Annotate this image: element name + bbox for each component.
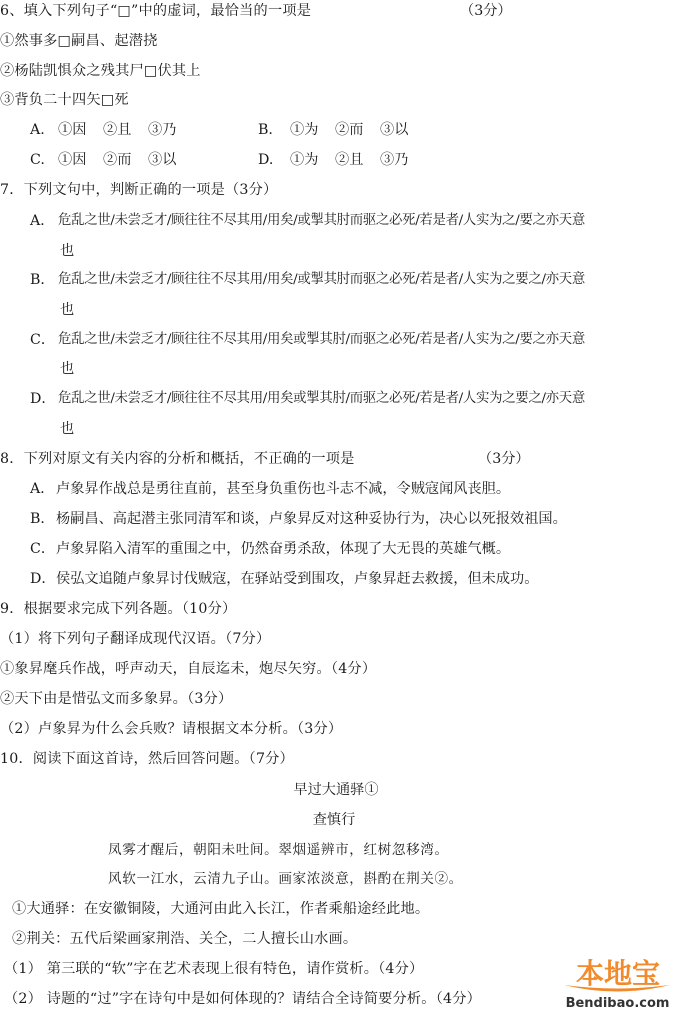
q7-option-a: A． 危乱之世/未尝乏才/顾往往不尽其用/用矣/或掣其肘而驱之必死/若是者/人实… — [0, 211, 678, 231]
q8-score: （3分） — [478, 449, 530, 469]
q9-stem: 9．根据要求完成下列各题。（10分） — [0, 599, 236, 619]
q6-option-d-item-3: ③乃 — [380, 150, 408, 170]
q6-sentence-2: ②杨陆凯惧众之残其尸□伏其上 — [0, 61, 201, 81]
q7-option-c-continuation: 也 — [60, 359, 74, 379]
q8-option-a: A． 卢象昇作战总是勇往直前，甚至身负重伤也斗志不减，令贼寇闻风丧胆。 — [0, 479, 678, 499]
q6-stem: 6、填入下列句子“□”中的虚词，最恰当的一项是 — [0, 1, 311, 21]
watermark-arc-icon — [562, 982, 672, 996]
q8-option-c-label: C． — [30, 539, 55, 559]
q8-option-b-label: B． — [30, 509, 55, 529]
q7-option-d-text: 危乱之世/未尝乏才/顾往往不尽其用/用矣或掣其肘/而驱之必死/若是者/人实为之要… — [58, 389, 585, 409]
q6-options-row-2: C. ①因 ②而 ③以 D. ①为 ②且 ③乃 — [0, 150, 678, 170]
q6-option-b-label: B. — [258, 120, 273, 140]
poem-author: 查慎行 — [0, 810, 673, 830]
q6-option-d-item-2: ②且 — [335, 150, 363, 170]
poem-line-2: 风软一江水，云清九子山。画家浓淡意，斟酌在荆关②。 — [108, 869, 463, 889]
q7-option-a-label: A． — [30, 211, 54, 231]
q7-option-b-text: 危乱之世/未尝乏才/顾往往不尽其用/用矣/或掣其肘而驱之必死/若是者/人实为之要… — [58, 270, 585, 290]
q9-sub1-b: ②天下由是惜弘文而多象昇。（3分） — [0, 689, 232, 709]
q6-option-a-label: A. — [30, 120, 45, 140]
q10-question-2: （2） 诗题的“过”字在诗句中是如何体现的？请结合全诗简要分析。（4分） — [4, 989, 481, 1009]
q6-sentence-1: ①然事多□嗣昌、起潜挠 — [0, 31, 157, 51]
watermark-site: Bendibao.com — [560, 996, 675, 1012]
q6-option-c-item-3: ③以 — [148, 150, 176, 170]
q6-option-d-item-1: ①为 — [290, 150, 318, 170]
q7-option-d-continuation: 也 — [60, 419, 74, 439]
q8-stem: 8．下列对原文有关内容的分析和概括，不正确的一项是 — [0, 449, 355, 469]
bendibao-watermark: 本地宝 Bendibao.com — [560, 958, 675, 1016]
q6-score: （3分） — [460, 1, 512, 21]
q8-option-b: B． 杨嗣昌、高起潜主张同清军和谈，卢象昇反对这种妥协行为，决心以死报效祖国。 — [0, 509, 678, 529]
q8-option-c: C． 卢象昇陷入清军的重围之中，仍然奋勇杀敌，体现了大无畏的英雄气概。 — [0, 539, 678, 559]
q7-option-c-text: 危乱之世/未尝乏才/顾往往不尽其用/用矣或掣其肘/而驱之必死/若是者/人实为之/… — [58, 330, 585, 350]
q6-option-b-item-2: ②而 — [335, 120, 363, 140]
q6-option-a-item-1: ①因 — [58, 120, 86, 140]
q6-option-b-item-1: ①为 — [290, 120, 318, 140]
q6-options-row-1: A. ①因 ②且 ③乃 B. ①为 ②而 ③以 — [0, 120, 678, 140]
q6-option-d-label: D. — [258, 150, 273, 170]
q6-option-a-item-2: ②且 — [103, 120, 131, 140]
q8-option-b-text: 杨嗣昌、高起潜主张同清军和谈，卢象昇反对这种妥协行为，决心以死报效祖国。 — [56, 509, 567, 529]
q6-option-a-item-3: ③乃 — [148, 120, 176, 140]
q6-option-b-item-3: ③以 — [380, 120, 408, 140]
q8-option-a-label: A． — [30, 479, 54, 499]
q7-option-a-continuation: 也 — [60, 241, 74, 261]
q8-option-d-text: 侯弘文追随卢象昇讨伐贼寇，在驿站受到围攻，卢象昇赶去救援，但未成功。 — [56, 569, 538, 589]
poem-line-1: 凤雾才醒后，朝阳未吐间。翠烟遥辨市，红树忽移湾。 — [108, 840, 449, 860]
q9-sub2: （2）卢象昇为什么会兵败？请根据文本分析。（3分） — [0, 719, 342, 739]
poem-title: 早过大通驿① — [0, 780, 675, 800]
q8-option-a-text: 卢象昇作战总是勇往直前，甚至身负重伤也斗志不减，令贼寇闻风丧胆。 — [56, 479, 510, 499]
q7-option-a-text: 危乱之世/未尝乏才/顾往往不尽其用/用矣/或掣其肘而驱之必死/若是者/人实为之/… — [58, 211, 585, 231]
q8-option-d-label: D． — [30, 569, 56, 589]
q9-sub1-a: ①象昇麾兵作战，呼声动天，自辰迄未，炮尽矢穷。（4分） — [0, 659, 376, 679]
q8-option-c-text: 卢象昇陷入清军的重围之中，仍然奋勇杀敌，体现了大无畏的英雄气概。 — [56, 539, 510, 559]
q7-option-c: C． 危乱之世/未尝乏才/顾往往不尽其用/用矣或掣其肘/而驱之必死/若是者/人实… — [0, 330, 678, 350]
q10-question-1: （1） 第三联的“软”字在艺术表现上很有特色，请作赏析。（4分） — [4, 959, 423, 979]
q6-option-c-label: C. — [30, 150, 45, 170]
q7-stem: 7．下列文句中，判断正确的一项是（3分） — [0, 180, 277, 200]
q7-option-d-label: D． — [30, 389, 56, 409]
q10-stem: 10．阅读下面这首诗，然后回答问题。（7分） — [0, 749, 294, 769]
poem-note-1: ①大通驿：在安徽铜陵，大通河由此入长江，作者乘船途经此地。 — [12, 899, 429, 919]
q7-option-b-continuation: 也 — [60, 300, 74, 320]
q6-option-c-item-2: ②而 — [103, 150, 131, 170]
q7-option-c-label: C． — [30, 330, 55, 350]
q7-option-b: B． 危乱之世/未尝乏才/顾往往不尽其用/用矣/或掣其肘而驱之必死/若是者/人实… — [0, 270, 678, 290]
q8-option-d: D． 侯弘文追随卢象昇讨伐贼寇，在驿站受到围攻，卢象昇赶去救援，但未成功。 — [0, 569, 678, 589]
q9-sub1: （1）将下列句子翻译成现代汉语。（7分） — [0, 629, 270, 649]
q7-option-d: D． 危乱之世/未尝乏才/顾往往不尽其用/用矣或掣其肘/而驱之必死/若是者/人实… — [0, 389, 678, 409]
q7-option-b-label: B． — [30, 270, 55, 290]
q6-sentence-3: ③背负二十四矢□死 — [0, 90, 129, 110]
q6-option-c-item-1: ①因 — [58, 150, 86, 170]
poem-note-2: ②荆关：五代后梁画家荆浩、关仝，二人擅长山水画。 — [12, 929, 357, 949]
